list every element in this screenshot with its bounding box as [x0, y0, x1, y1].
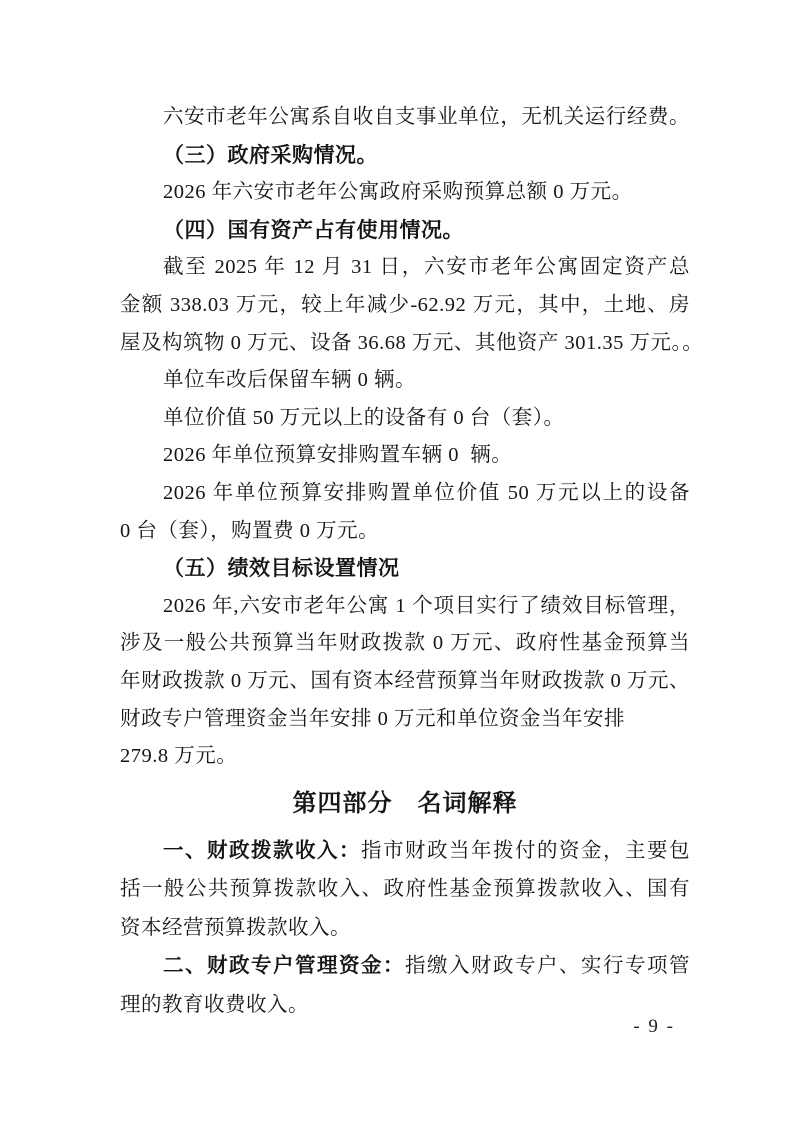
paragraph-line: 涉及一般公共预算当年财政拨款 0 万元、政府性基金预算当 — [120, 625, 690, 663]
paragraph-line: 年财政拨款 0 万元、国有资本经营预算当年财政拨款 0 万元、 — [120, 663, 690, 701]
paragraph-line: 2026 年六安市老年公寓政府采购预算总额 0 万元。 — [120, 174, 690, 212]
paragraph-line: 279.8 万元。 — [120, 738, 690, 776]
paragraph-line: 2026 年,六安市老年公寓 1 个项目实行了绩效目标管理， — [120, 588, 690, 626]
glossary: 一、财政拨款收入：指市财政当年拨付的资金，主要包 括一般公共预算拨款收入、政府性… — [120, 832, 690, 1025]
glossary-term-line: 一、财政拨款收入：指市财政当年拨付的资金，主要包 — [120, 832, 690, 871]
paragraph-line: 2026 年单位预算安排购置单位价值 50 万元以上的设备 — [120, 475, 690, 513]
paragraph-line: 理的教育收费收入。 — [120, 986, 690, 1025]
paragraph-line: 括一般公共预算拨款收入、政府性基金预算拨款收入、国有 — [120, 870, 690, 909]
subsection-heading-performance: （五）绩效目标设置情况 — [120, 550, 690, 588]
paragraph-line: 金额 338.03 万元，较上年减少-62.92 万元，其中，土地、房 — [120, 287, 690, 325]
paragraph-line: 单位车改后保留车辆 0 辆。 — [120, 362, 690, 400]
subsection-heading-state-assets: （四）国有资产占有使用情况。 — [120, 212, 690, 250]
document-body: 六安市老年公寓系自收自支事业单位，无机关运行经费。 （三）政府采购情况。 202… — [120, 99, 690, 1024]
term-definition: 指缴入财政专户、实行专项管 — [405, 955, 690, 977]
paragraph-line: 截至 2025 年 12 月 31 日，六安市老年公寓固定资产总 — [120, 249, 690, 287]
glossary-term-line: 二、财政专户管理资金：指缴入财政专户、实行专项管 — [120, 947, 690, 986]
paragraph-line: 六安市老年公寓系自收自支事业单位，无机关运行经费。 — [120, 99, 690, 137]
paragraph-line: 0 台（套），购置费 0 万元。 — [120, 513, 690, 551]
page-number: - 9 - — [633, 1014, 675, 1040]
paragraph-line: 单位价值 50 万元以上的设备有 0 台（套）。 — [120, 400, 690, 438]
paragraph-line: 财政专户管理资金当年安排 0 万元和单位资金当年安排 — [120, 701, 690, 739]
term-label: 二、财政专户管理资金： — [163, 954, 405, 977]
paragraph-line: 资本经营预算拨款收入。 — [120, 909, 690, 948]
part-title: 第四部分 名词解释 — [120, 776, 690, 832]
document-page: 六安市老年公寓系自收自支事业单位，无机关运行经费。 （三）政府采购情况。 202… — [0, 0, 793, 1122]
paragraph-line: 屋及构筑物 0 万元、设备 36.68 万元、其他资产 301.35 万元。。 — [120, 325, 690, 363]
paragraph-line: 2026 年单位预算安排购置车辆 0 辆。 — [120, 437, 690, 475]
term-definition: 指市财政当年拨付的资金，主要包 — [361, 840, 690, 862]
subsection-heading-procurement: （三）政府采购情况。 — [120, 137, 690, 175]
term-label: 一、财政拨款收入： — [163, 839, 361, 862]
